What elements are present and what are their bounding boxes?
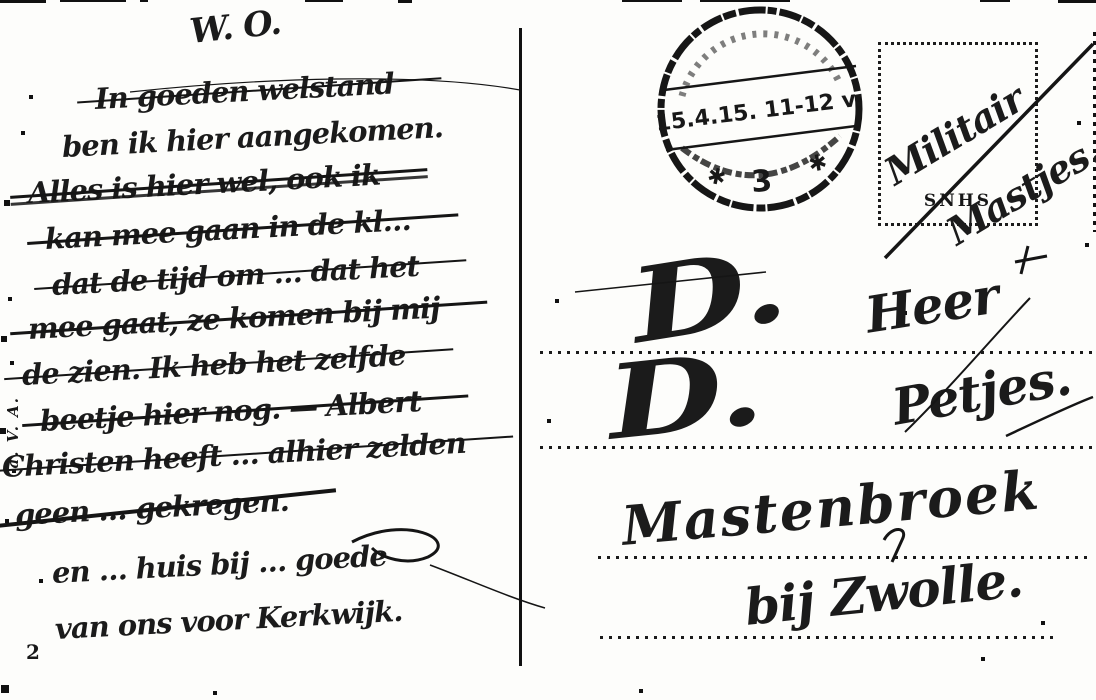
handwriting-text: van ons voor Kerkwijk. (54, 594, 403, 646)
address-region: bij Zwolle. (742, 549, 1025, 637)
scan-edge-mark (622, 0, 682, 2)
scan-edge-mark (1058, 0, 1096, 3)
scan-edge-mark (305, 0, 343, 2)
handwriting-text: en … huis bij … goede (51, 538, 387, 589)
publisher-imprint: a. V. A. (4, 396, 22, 468)
handwriting-line: en … huis bij … goede (51, 538, 387, 589)
address-place: Mastenbroek (619, 458, 1043, 558)
handwriting-text: ben ik hier aangekomen. (61, 110, 443, 164)
postmark-banner-top (664, 66, 856, 90)
scan-edge-mark (398, 0, 412, 3)
postcard-divider-line (519, 28, 522, 666)
handwriting-line: kan mee gaan in de kl… (44, 203, 411, 256)
corner-initials: W. O. (188, 3, 283, 52)
scan-noise-speckles (0, 0, 2, 2)
address-initial: D. (602, 328, 768, 463)
handwriting-line: In goeden welstand (94, 66, 394, 116)
postmark-ornament-right-icon: ✱ (807, 150, 829, 178)
postmark-ornament-left-icon: ✱ (705, 163, 728, 191)
plate-number: 2 (26, 640, 40, 664)
scan-edge-mark (60, 0, 126, 2)
handwriting-line: beetje hier nog. — Albert (39, 384, 422, 438)
postmark: 15.4.15. 11-12 v. ✱ 3 ✱ (648, 4, 872, 218)
scan-edge-mark (140, 0, 148, 2)
strike-tail-stroke (430, 565, 545, 608)
handwriting-line: van ons voor Kerkwijk. (54, 594, 403, 646)
handwriting-line: ben ik hier aangekomen. (61, 110, 443, 164)
scan-edge-mark (0, 0, 46, 3)
handwriting-line: Alles is hier wel, ook ik (27, 158, 381, 210)
handwriting-line: de zien. Ik heb het zelfde (21, 338, 406, 392)
postmark-index-number: 3 (750, 164, 773, 200)
scan-edge-mark (980, 0, 1010, 2)
flourish-doodle (1015, 246, 1047, 274)
postmark-town-arc (682, 34, 840, 96)
address-dotted-line (600, 636, 1055, 639)
address-dotted-line (540, 446, 1092, 449)
scan-edge-mark (700, 0, 790, 2)
postcard-scan: W. O. In goeden welstand ben ik hier aan… (0, 0, 1096, 700)
address-name: Petjes. (888, 347, 1075, 436)
address-title: Heer (861, 266, 1002, 345)
handwriting-line: geen … gekregen. (14, 484, 289, 532)
